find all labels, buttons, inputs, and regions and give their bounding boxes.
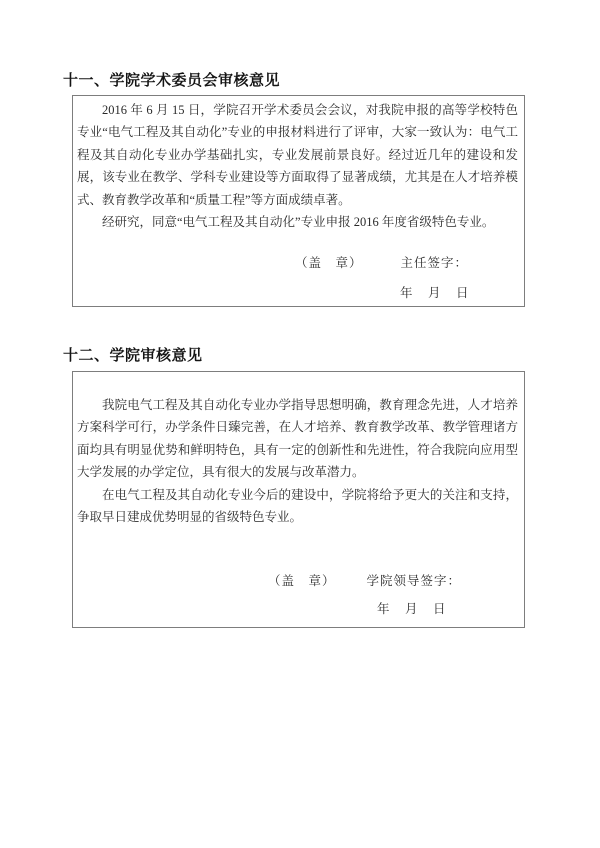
section-11-stamp-signature-row: （盖 章） 主任签字： [295,256,468,270]
section-11-date-row: 年 月 日 [400,286,470,300]
section-12-opinion-box: 我院电气工程及其自动化专业办学指导思想明确，教育理念先进，人才培养方案科学可行，… [72,371,525,628]
section-12-body: 我院电气工程及其自动化专业办学指导思想明确，教育理念先进，人才培养方案科学可行，… [73,372,524,528]
document-page: 十一、学院学术委员会审核意见 2016 年 6 月 15 日，学院召开学术委员会… [0,0,600,848]
section-12-leader-signature-label: 学院领导签字： [367,574,462,588]
section-12-date-label: 年 月 日 [377,602,447,616]
section-12-paragraph-2: 在电气工程及其自动化专业今后的建设中，学院将给予更大的关注和支持，争取早日建成优… [77,484,518,529]
section-11-body: 2016 年 6 月 15 日，学院召开学术委员会会议，对我院申报的高等学校特色… [73,96,524,233]
section-11-opinion-box: 2016 年 6 月 15 日，学院召开学术委员会会议，对我院申报的高等学校特色… [72,95,525,307]
section-11-paragraph-1: 2016 年 6 月 15 日，学院召开学术委员会会议，对我院申报的高等学校特色… [77,99,518,211]
section-12-stamp-label: （盖 章） [268,574,336,588]
section-12-stamp-signature-row: （盖 章） 学院领导签字： [268,574,461,588]
section-11-stamp-label: （盖 章） [295,256,363,270]
section-12-paragraph-1: 我院电气工程及其自动化专业办学指导思想明确，教育理念先进，人才培养方案科学可行，… [77,394,518,484]
section-12-heading: 十二、学院审核意见 [63,344,203,365]
section-11-paragraph-2: 经研究，同意“电气工程及其自动化”专业申报 2016 年度省级特色专业。 [77,211,518,233]
section-11-date-label: 年 月 日 [400,286,470,300]
section-11-director-signature-label: 主任签字： [401,256,469,270]
section-11-heading: 十一、学院学术委员会审核意见 [63,69,280,90]
section-12-date-row: 年 月 日 [377,602,447,616]
